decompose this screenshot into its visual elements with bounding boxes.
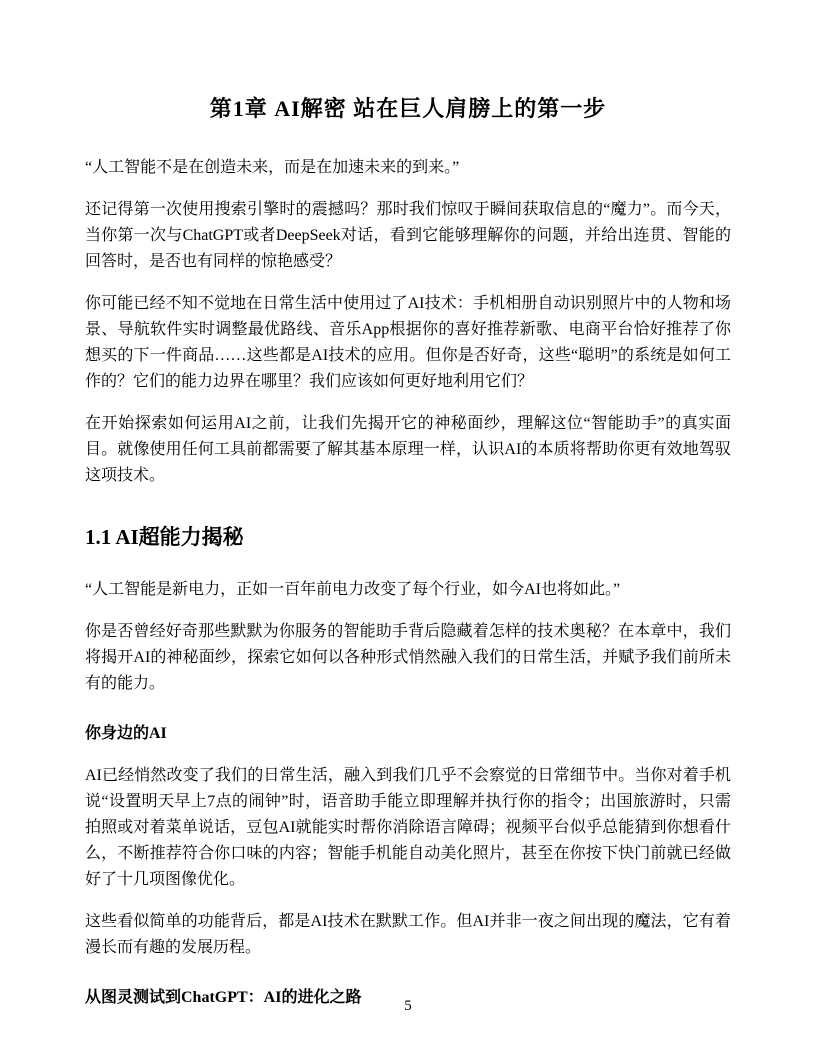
section-quote: “人工智能是新电力，正如一百年前电力改变了每个行业，如今AI也将如此。” bbox=[85, 577, 731, 603]
chapter-title: 第1章 AI解密 站在巨人肩膀上的第一步 bbox=[85, 92, 731, 123]
intro-paragraph-1: 还记得第一次使用搜索引擎时的震撼吗？那时我们惊叹于瞬间获取信息的“魔力”。而今天… bbox=[85, 197, 731, 275]
subsection-paragraph-2: 这些看似简单的功能背后，都是AI技术在默默工作。但AI并非一夜之间出现的魔法，它… bbox=[85, 909, 731, 961]
section-lead-paragraph: 你是否曾经好奇那些默默为你服务的智能助手背后隐藏着怎样的技术奥秘？在本章中，我们… bbox=[85, 619, 731, 697]
page-number: 5 bbox=[0, 998, 816, 1015]
section-heading-1-1: 1.1 AI超能力揭秘 bbox=[85, 521, 731, 551]
subsection-heading-ai-around-you: 你身边的AI bbox=[85, 721, 731, 747]
intro-paragraph-2: 你可能已经不知不觉地在日常生活中使用过了AI技术：手机相册自动识别照片中的人物和… bbox=[85, 291, 731, 395]
intro-quote: “人工智能不是在创造未来，而是在加速未来的到来。” bbox=[85, 155, 731, 181]
document-page: 第1章 AI解密 站在巨人肩膀上的第一步 “人工智能不是在创造未来，而是在加速未… bbox=[0, 0, 816, 1056]
page-content: 第1章 AI解密 站在巨人肩膀上的第一步 “人工智能不是在创造未来，而是在加速未… bbox=[0, 0, 816, 1011]
subsection-paragraph-1: AI已经悄然改变了我们的日常生活，融入到我们几乎不会察觉的日常细节中。当你对着手… bbox=[85, 763, 731, 893]
intro-paragraph-3: 在开始探索如何运用AI之前，让我们先揭开它的神秘面纱，理解这位“智能助手”的真实… bbox=[85, 411, 731, 489]
